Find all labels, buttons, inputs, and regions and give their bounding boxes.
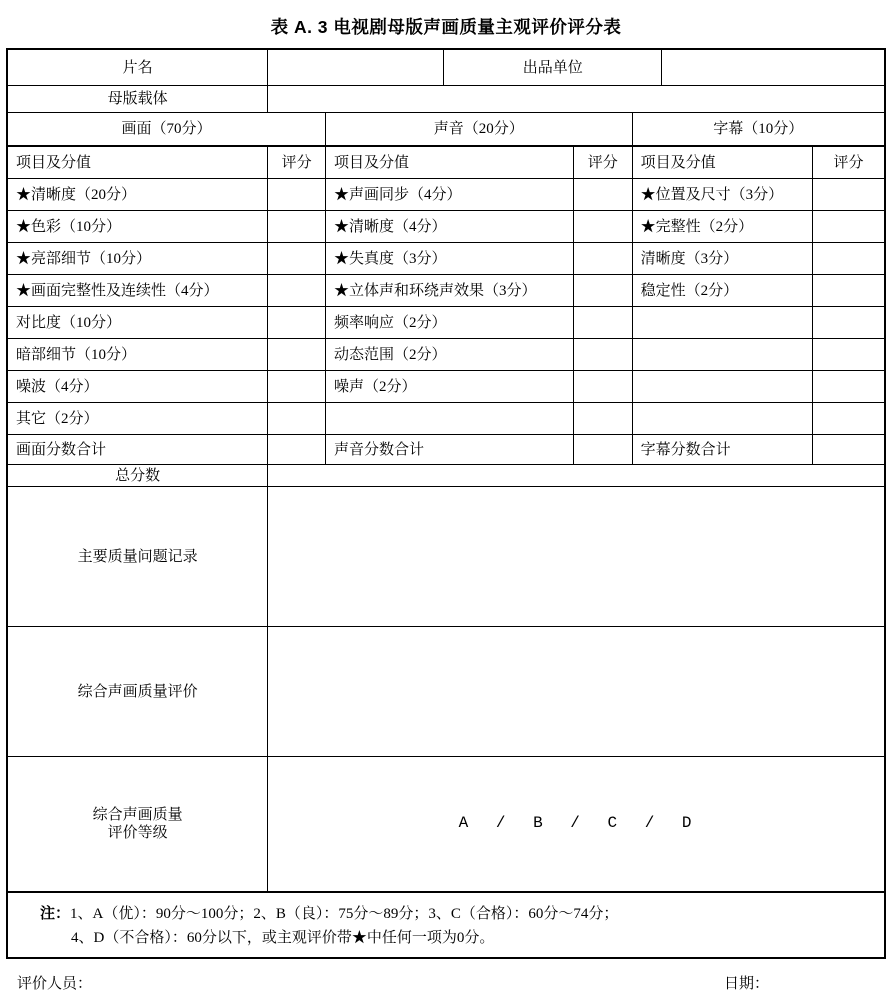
subtitle-item-label: ★位置及尺寸（3分） [633, 179, 813, 210]
score-column-header: 评分 [268, 147, 326, 178]
subtitle-item-label: 稳定性（2分） [633, 275, 813, 306]
score-column-header: 评分 [813, 147, 884, 178]
sound-item-label: 噪声（2分） [326, 371, 574, 402]
grade-options: A / B / C / D [459, 814, 694, 833]
grade-options-cell: A / B / C / D [268, 757, 884, 891]
section-picture: 画面（70分） [8, 113, 326, 145]
grade-row: 综合声画质量 评价等级 A / B / C / D [8, 757, 884, 893]
sound-item-label: ★声画同步（4分） [326, 179, 574, 210]
picture-item-label: 对比度（10分） [8, 307, 268, 338]
sound-score-cell [574, 403, 633, 434]
subtitle-score-cell [813, 179, 884, 210]
overall-evaluation-value-cell [268, 627, 884, 756]
picture-subtotal-cell [268, 435, 326, 464]
subtitle-subtotal-label: 字幕分数合计 [633, 435, 813, 464]
sound-item-label: ★立体声和环绕声效果（3分） [326, 275, 574, 306]
subtitle-item-label: 清晰度（3分） [633, 243, 813, 274]
subtitle-score-cell [813, 243, 884, 274]
sound-item-label: ★清晰度（4分） [326, 211, 574, 242]
overall-evaluation-row: 综合声画质量评价 [8, 627, 884, 757]
picture-score-cell [268, 403, 326, 434]
subtitle-item-label [633, 307, 813, 338]
picture-item-label: ★画面完整性及连续性（4分） [8, 275, 268, 306]
sound-score-cell [574, 371, 633, 402]
score-column-header: 评分 [574, 147, 633, 178]
sound-score-cell [574, 179, 633, 210]
subtitle-item-label [633, 403, 813, 434]
subtitle-score-cell [813, 211, 884, 242]
total-score-label: 总分数 [8, 465, 268, 486]
item-row: ★画面完整性及连续性（4分） ★立体声和环绕声效果（3分） 稳定性（2分） [8, 275, 884, 307]
picture-item-label: 暗部细节（10分） [8, 339, 268, 370]
picture-score-cell [268, 275, 326, 306]
item-row: ★清晰度（20分） ★声画同步（4分） ★位置及尺寸（3分） [8, 179, 884, 211]
items-header-row: 项目及分值 评分 项目及分值 评分 项目及分值 评分 [8, 147, 884, 179]
section-sound: 声音（20分） [326, 113, 633, 145]
item-row: 暗部细节（10分） 动态范围（2分） [8, 339, 884, 371]
picture-item-label: ★亮部细节（10分） [8, 243, 268, 274]
info-row-1: 片名 出品单位 [8, 50, 884, 86]
grade-label-line2: 评价等级 [93, 824, 183, 842]
picture-score-cell [268, 211, 326, 242]
total-score-row: 总分数 [8, 465, 884, 487]
subtitle-item-label [633, 371, 813, 402]
picture-item-label: ★色彩（10分） [8, 211, 268, 242]
picture-score-cell [268, 179, 326, 210]
item-row: 噪波（4分） 噪声（2分） [8, 371, 884, 403]
master-carrier-value-cell [268, 86, 884, 112]
sound-score-cell [574, 211, 633, 242]
film-name-value-cell [268, 50, 444, 85]
subtitle-item-label [633, 339, 813, 370]
evaluator-label: 评价人员： [17, 972, 92, 993]
grade-label: 综合声画质量 评价等级 [8, 757, 268, 891]
picture-score-cell [268, 243, 326, 274]
note-row: 注：1、A（优）：90分～100分；2、B（良）：75分～89分；3、C（合格）… [8, 893, 884, 957]
sound-item-label: 动态范围（2分） [326, 339, 574, 370]
picture-score-cell [268, 339, 326, 370]
picture-subtotal-label: 画面分数合计 [8, 435, 268, 464]
sound-item-label: 频率响应（2分） [326, 307, 574, 338]
total-score-value-cell [268, 465, 884, 486]
sound-score-cell [574, 339, 633, 370]
item-row: 对比度（10分） 频率响应（2分） [8, 307, 884, 339]
picture-score-cell [268, 371, 326, 402]
sound-item-label: ★失真度（3分） [326, 243, 574, 274]
picture-item-label: 其它（2分） [8, 403, 268, 434]
quality-issues-row: 主要质量问题记录 [8, 487, 884, 627]
subtotal-row: 画面分数合计 声音分数合计 字幕分数合计 [8, 435, 884, 465]
subtitle-score-cell [813, 371, 884, 402]
sound-score-cell [574, 307, 633, 338]
subtitle-subtotal-cell [813, 435, 884, 464]
sound-score-cell [574, 243, 633, 274]
film-name-label: 片名 [8, 50, 268, 85]
note-line1-text: 1、A（优）：90分～100分；2、B（良）：75分～89分；3、C（合格）：6… [70, 906, 618, 922]
quality-issues-value-cell [268, 487, 884, 626]
item-row: ★亮部细节（10分） ★失真度（3分） 清晰度（3分） [8, 243, 884, 275]
sound-score-cell [574, 275, 633, 306]
date-label: 日期： [724, 972, 769, 993]
item-column-header: 项目及分值 [8, 147, 268, 178]
subtitle-score-cell [813, 339, 884, 370]
subtitle-item-label: ★完整性（2分） [633, 211, 813, 242]
note-line-2: 4、D（不合格）：60分以下，或主观评价带★中任何一项为0分。 [40, 926, 874, 950]
subtitle-score-cell [813, 275, 884, 306]
quality-issues-label: 主要质量问题记录 [8, 487, 268, 626]
item-column-header: 项目及分值 [633, 147, 813, 178]
page-title: 表 A. 3 电视剧母版声画质量主观评价评分表 [0, 14, 892, 39]
sound-item-label [326, 403, 574, 434]
sound-subtotal-cell [574, 435, 633, 464]
note-prefix: 注： [40, 906, 70, 922]
producer-value-cell [662, 50, 884, 85]
producer-label: 出品单位 [444, 50, 662, 85]
score-sheet-table: 片名 出品单位 母版载体 画面（70分） 声音（20分） 字幕（10分） 项目及… [6, 48, 886, 959]
info-row-2: 母版载体 [8, 86, 884, 113]
item-row: 其它（2分） [8, 403, 884, 435]
subtitle-score-cell [813, 307, 884, 338]
master-carrier-label: 母版载体 [8, 86, 268, 112]
sound-subtotal-label: 声音分数合计 [326, 435, 574, 464]
picture-item-label: 噪波（4分） [8, 371, 268, 402]
picture-score-cell [268, 307, 326, 338]
overall-evaluation-label: 综合声画质量评价 [8, 627, 268, 756]
picture-item-label: ★清晰度（20分） [8, 179, 268, 210]
grade-label-line1: 综合声画质量 [93, 806, 183, 824]
note-line-1: 注：1、A（优）：90分～100分；2、B（良）：75分～89分；3、C（合格）… [40, 902, 874, 926]
item-row: ★色彩（10分） ★清晰度（4分） ★完整性（2分） [8, 211, 884, 243]
section-header-row: 画面（70分） 声音（20分） 字幕（10分） [8, 113, 884, 147]
subtitle-score-cell [813, 403, 884, 434]
item-column-header: 项目及分值 [326, 147, 574, 178]
section-subtitle: 字幕（10分） [633, 113, 884, 145]
